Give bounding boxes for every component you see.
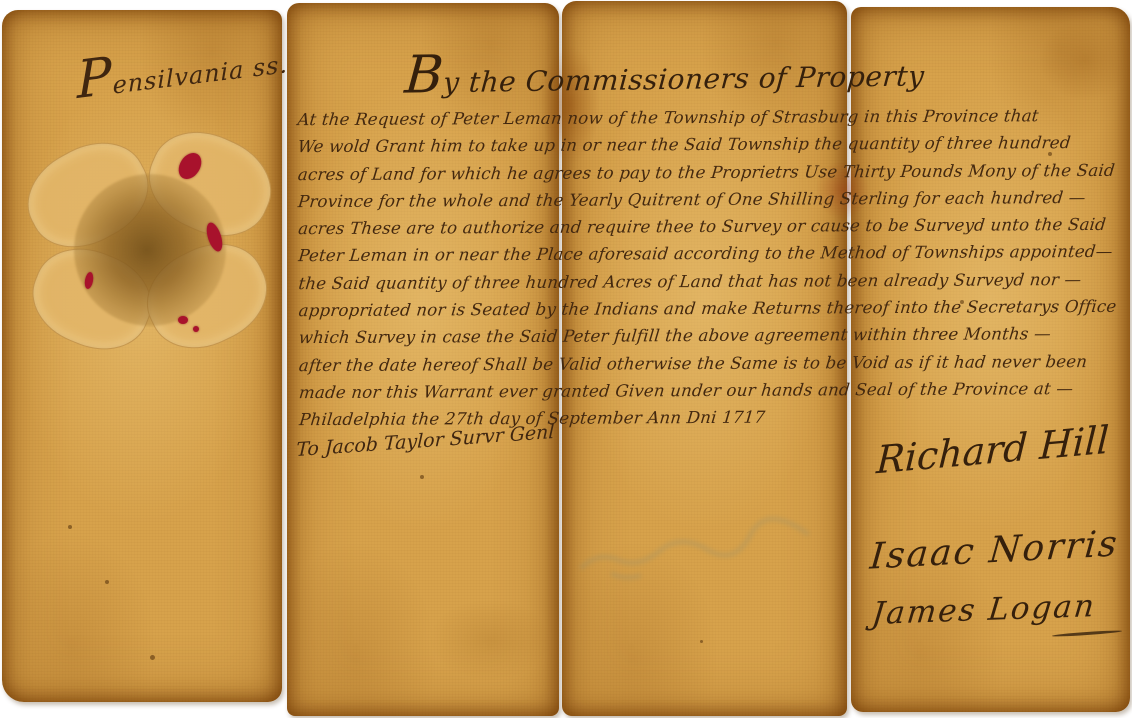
foxing-speck bbox=[420, 475, 424, 479]
foxing-speck bbox=[68, 525, 72, 529]
body-line: the Said quantity of three hundred Acres… bbox=[297, 266, 1117, 298]
red-wax-spot bbox=[178, 316, 188, 324]
foxing-speck bbox=[150, 655, 155, 660]
body-line: We wold Grant him to take up in or near … bbox=[296, 129, 1116, 161]
document-body: At the Request of Peter Leman now of the… bbox=[296, 102, 1115, 434]
body-line: Peter Leman in or near the Place aforesa… bbox=[297, 238, 1117, 270]
body-line: which Survey in case the Said Peter fulf… bbox=[297, 320, 1117, 352]
seal-impression bbox=[74, 174, 226, 326]
wax-seal bbox=[30, 130, 270, 358]
document-title: By the Commissioners of Property bbox=[403, 38, 927, 105]
body-line: acres of Land for which he agrees to pay… bbox=[297, 156, 1117, 188]
body-line: after the date hereof Shall be Valid oth… bbox=[298, 348, 1118, 380]
red-wax-spot bbox=[193, 326, 199, 332]
foxing-speck bbox=[700, 640, 703, 643]
foxing-speck bbox=[105, 580, 109, 584]
